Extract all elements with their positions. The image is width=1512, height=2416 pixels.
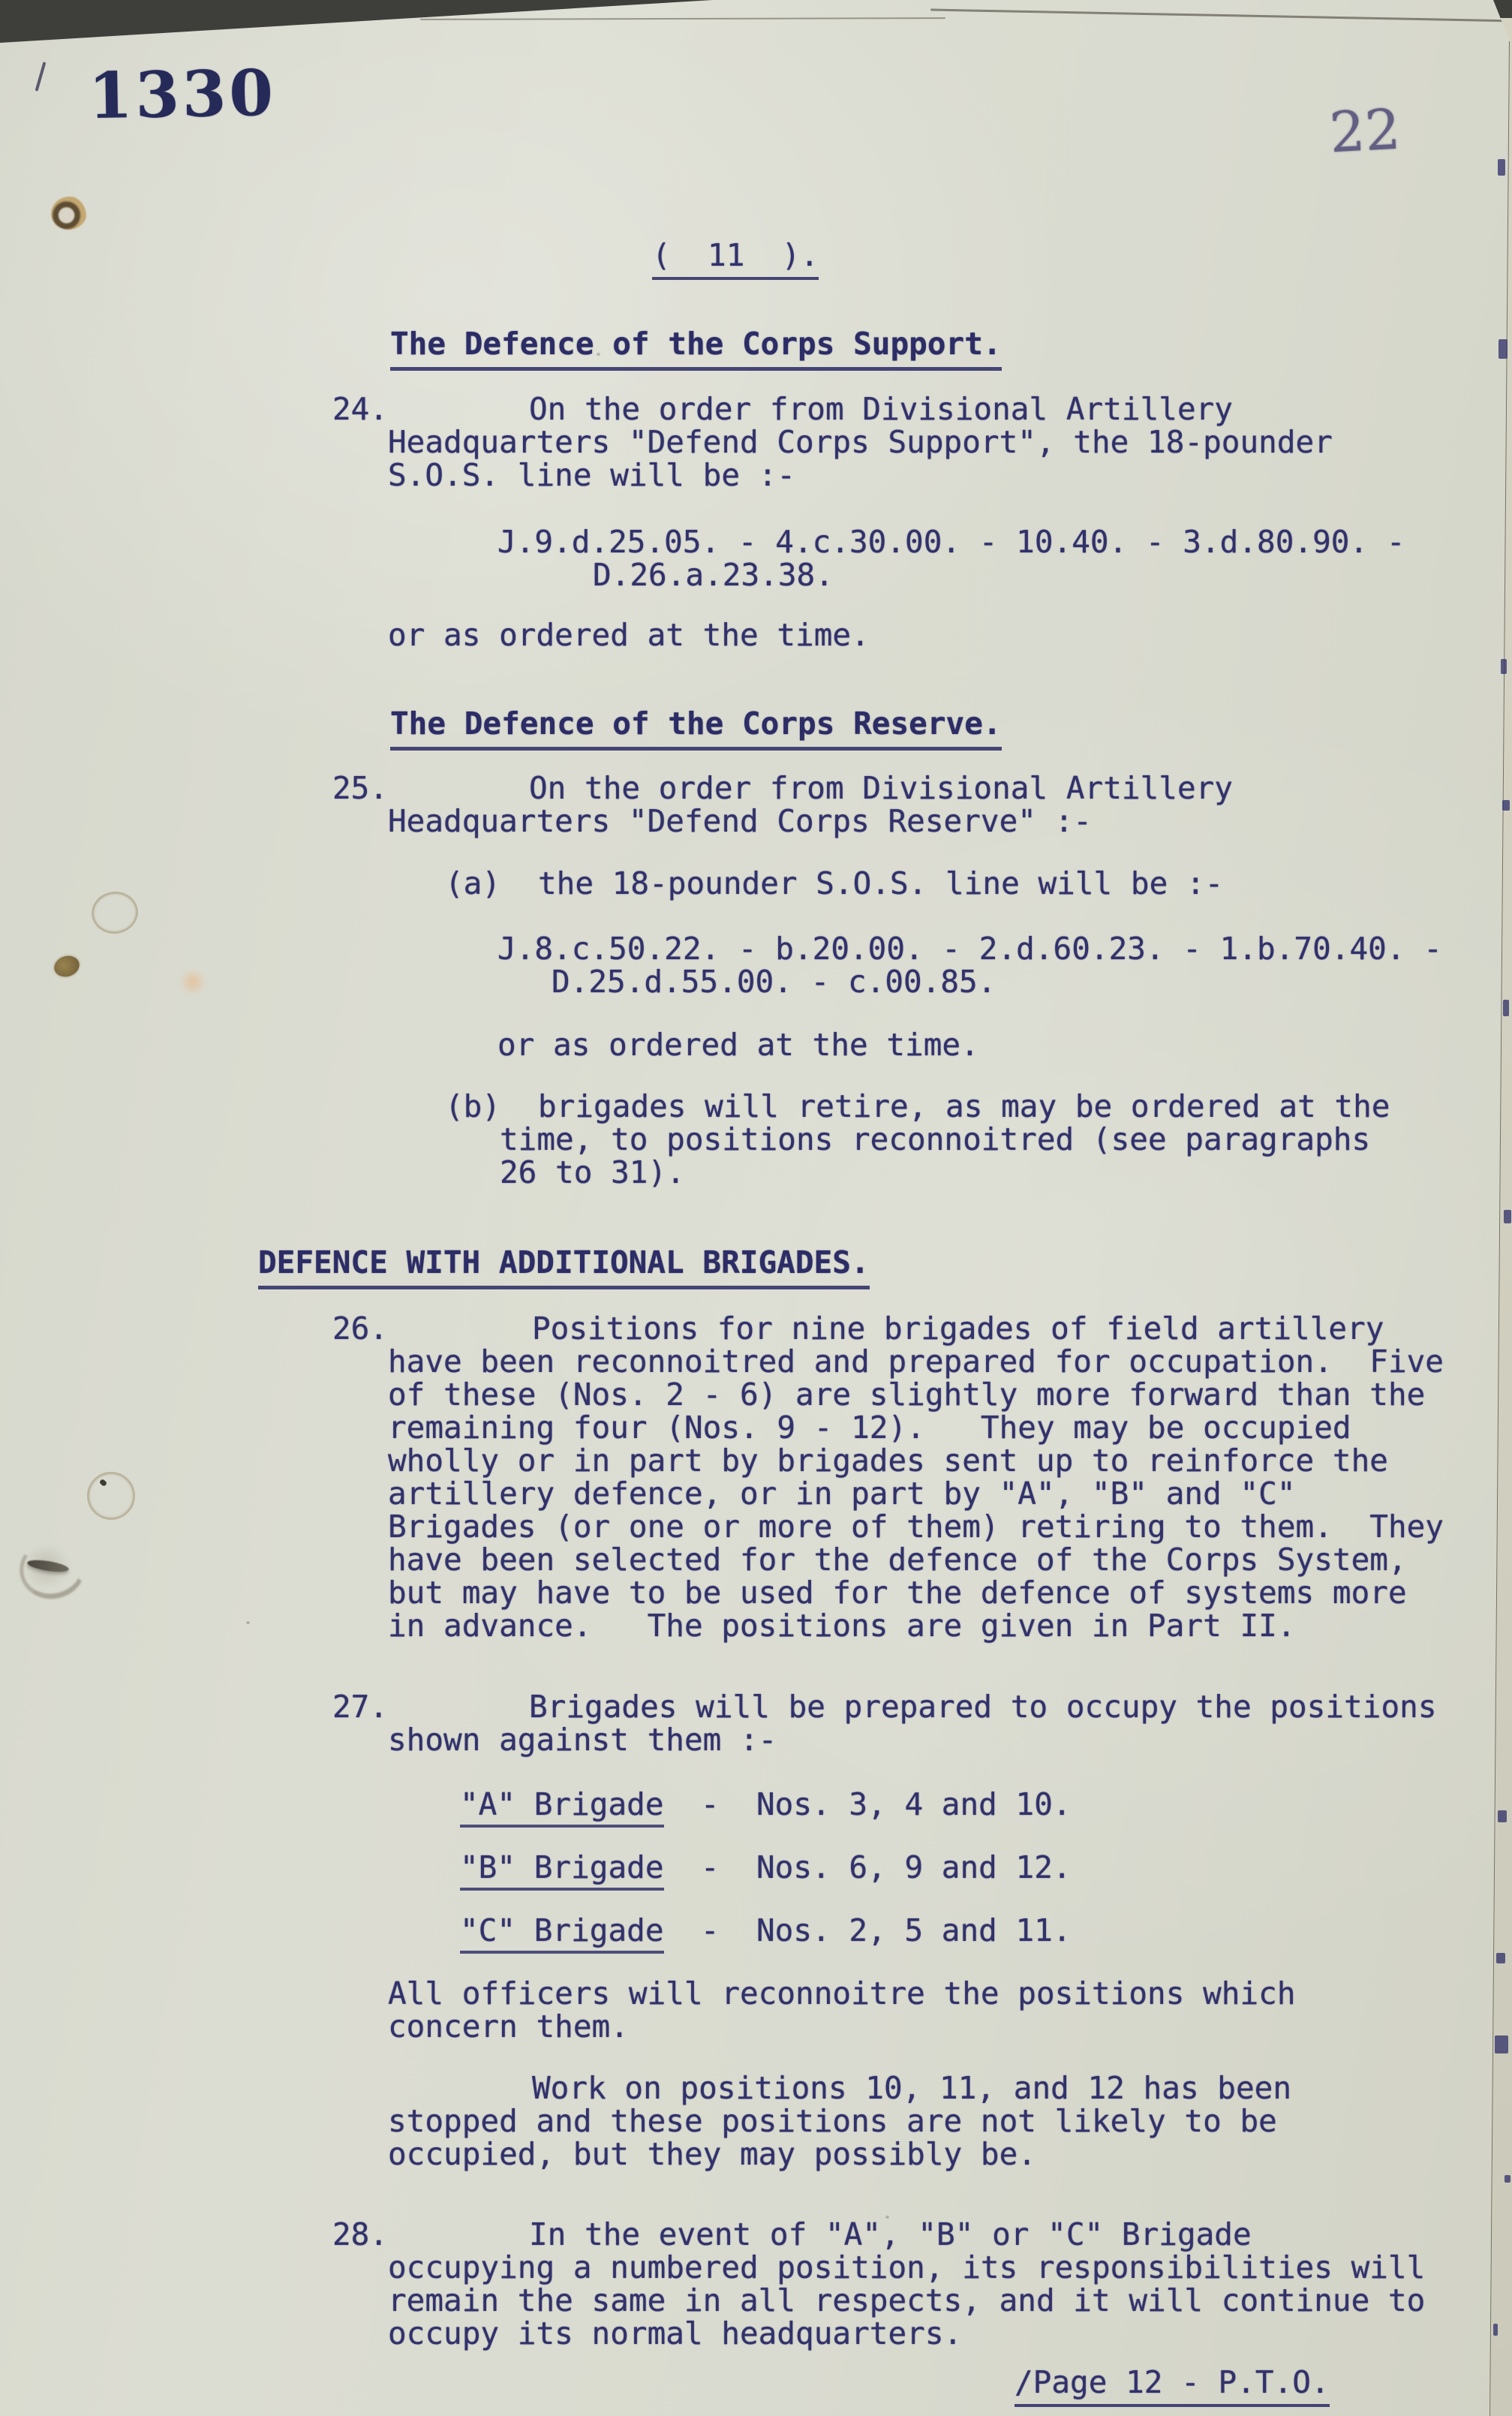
document-scan: 1330 22 ( 11 ). The Defence of the Corps…: [0, 0, 1512, 2416]
paragraph-line: or as ordered at the time.: [497, 1028, 979, 1061]
adjacent-page-text-fragment: [1498, 1810, 1507, 1822]
map-reference-line: D.25.d.55.00. - c.00.85.: [552, 965, 996, 998]
map-reference-line: J.9.d.25.05. - 4.c.30.00. - 10.40. - 3.d…: [497, 525, 1405, 558]
section-heading-corps-reserve: The Defence of the Corps Reserve.: [390, 707, 1002, 740]
adjacent-page-text-fragment: [1502, 800, 1510, 811]
brigade-name: "A" Brigade: [460, 1786, 664, 1828]
paragraph-line: or as ordered at the time.: [388, 618, 870, 651]
section-heading-corps-support: The Defence of the Corps Support.: [390, 327, 1002, 360]
adjacent-page-text-fragment: [1498, 159, 1505, 176]
adjacent-page-text-fragment: [1498, 339, 1507, 359]
table-row-brigade-c: "C" Brigade - Nos. 2, 5 and 11.: [460, 1914, 1072, 1947]
paragraph-number: 28.: [332, 2218, 388, 2251]
paragraph-line: wholly or in part by brigades sent up to…: [388, 1444, 1388, 1477]
paragraph-number: 24.: [332, 393, 388, 426]
dust-speck: [246, 1621, 250, 1624]
brigade-name: "C" Brigade: [460, 1912, 664, 1954]
paragraph-line: Work on positions 10, 11, and 12 has bee…: [532, 2072, 1291, 2105]
adjacent-page-text-fragment: [1503, 1000, 1509, 1016]
document-page: 1330 22 ( 11 ). The Defence of the Corps…: [0, 0, 1512, 2416]
brigade-positions: Nos. 2, 5 and 11.: [756, 1912, 1072, 1948]
punch-hole: [49, 194, 90, 233]
list-item-label: (b): [445, 1090, 500, 1123]
list-item-text: the 18-pounder S.O.S. line will be :-: [538, 867, 1223, 900]
paragraph-line: shown against them :-: [388, 1723, 777, 1756]
section-heading-additional-brigades: DEFENCE WITH ADDITIONAL BRIGADES.: [258, 1246, 870, 1279]
adjacent-page-text-fragment: [1493, 2324, 1498, 2336]
page-number-label: ( 11 ).: [652, 239, 819, 272]
faint-stain: [179, 970, 207, 994]
page-footer-note: /Page 12 - P.T.O.: [1015, 2366, 1330, 2399]
page-crease-line: [930, 9, 1512, 23]
list-item-text: 26 to 31).: [500, 1156, 685, 1189]
dash: [664, 1912, 701, 1948]
table-row-brigade-b: "B" Brigade - Nos. 6, 9 and 12.: [460, 1851, 1072, 1884]
paragraph-line: S.O.S. line will be :-: [388, 459, 795, 492]
list-item-label: (a): [445, 867, 500, 900]
paragraph-line: Headquarters "Defend Corps Reserve" :-: [388, 805, 1092, 838]
dash: [664, 1786, 701, 1822]
paragraph-line: Positions for nine brigades of field art…: [532, 1312, 1384, 1345]
paragraph-line: Headquarters "Defend Corps Support", the…: [388, 426, 1333, 459]
brigade-positions: Nos. 6, 9 and 12.: [756, 1849, 1072, 1885]
paragraph-line: in advance. The positions are given in P…: [388, 1609, 1296, 1642]
paragraph-line: Brigades (or one or more of them) retiri…: [388, 1510, 1444, 1543]
paragraph-line: but may have to be used for the defence …: [388, 1576, 1407, 1609]
page-number-open: ( 11 ).: [652, 237, 819, 280]
reference-number-stamp: 1330: [88, 62, 276, 128]
adjacent-page-text-fragment: [1501, 659, 1507, 674]
ring-stain: [87, 1472, 135, 1520]
adjacent-page-text-fragment: [1504, 2175, 1510, 2183]
paragraph-line: have been selected for the defence of th…: [388, 1543, 1407, 1576]
adjacent-page-text-fragment: [1496, 1953, 1505, 1963]
paragraph-number: 26.: [332, 1312, 388, 1345]
paragraph-line: All officers will reconnoitre the positi…: [388, 1977, 1296, 2010]
page-number-value: 11: [671, 237, 782, 273]
paragraph-line: artillery defence, or in part by "A", "B…: [388, 1477, 1296, 1510]
map-reference-line: D.26.a.23.38.: [593, 558, 834, 591]
paragraph-line: occupied, but they may possibly be.: [388, 2138, 1036, 2171]
paragraph-number: 27.: [332, 1690, 388, 1723]
paragraph-line: On the order from Divisional Artillery: [529, 393, 1233, 426]
paragraph-line: occupying a numbered position, its respo…: [388, 2251, 1425, 2284]
paragraph-line: of these (Nos. 2 - 6) are slightly more …: [388, 1378, 1425, 1411]
paragraph-line: concern them.: [388, 2010, 629, 2043]
paragraph-line: Brigades will be prepared to occupy the …: [529, 1690, 1437, 1723]
adjacent-page-text-fragment: [1504, 1210, 1511, 1223]
paragraph-line: have been reconnoitred and prepared for …: [388, 1345, 1444, 1378]
dash: [664, 1849, 701, 1885]
paragraph-line: In the event of "A", "B" or "C" Brigade: [529, 2218, 1252, 2251]
paragraph-line: stopped and these positions are not like…: [388, 2105, 1277, 2138]
page-number-close: ).: [782, 237, 819, 273]
brigade-name: "B" Brigade: [460, 1849, 664, 1891]
list-item-text: time, to positions reconnoitred (see par…: [500, 1123, 1370, 1156]
page-crease-line: [420, 17, 945, 20]
paragraph-line: remaining four (Nos. 9 - 12). They may b…: [388, 1411, 1351, 1444]
list-item-text: brigades will retire, as may be ordered …: [538, 1090, 1390, 1123]
brigade-positions: Nos. 3, 4 and 10.: [756, 1786, 1072, 1822]
pencil-page-number: 22: [1328, 102, 1402, 161]
pencil-tick-mark: [35, 62, 47, 92]
paragraph-line: On the order from Divisional Artillery: [529, 772, 1233, 805]
table-row-brigade-a: "A" Brigade - Nos. 3, 4 and 10.: [460, 1788, 1072, 1821]
paragraph-line: occupy its normal headquarters.: [388, 2317, 962, 2350]
brown-stain-dot: [52, 952, 83, 979]
paragraph-line: remain the same in all respects, and it …: [388, 2284, 1425, 2317]
map-reference-line: J.8.c.50.22. - b.20.00. - 2.d.60.23. - 1…: [497, 932, 1442, 965]
paragraph-number: 25.: [332, 772, 388, 805]
adjacent-page-text-fragment: [1495, 2035, 1508, 2053]
ring-stain: [89, 889, 140, 937]
